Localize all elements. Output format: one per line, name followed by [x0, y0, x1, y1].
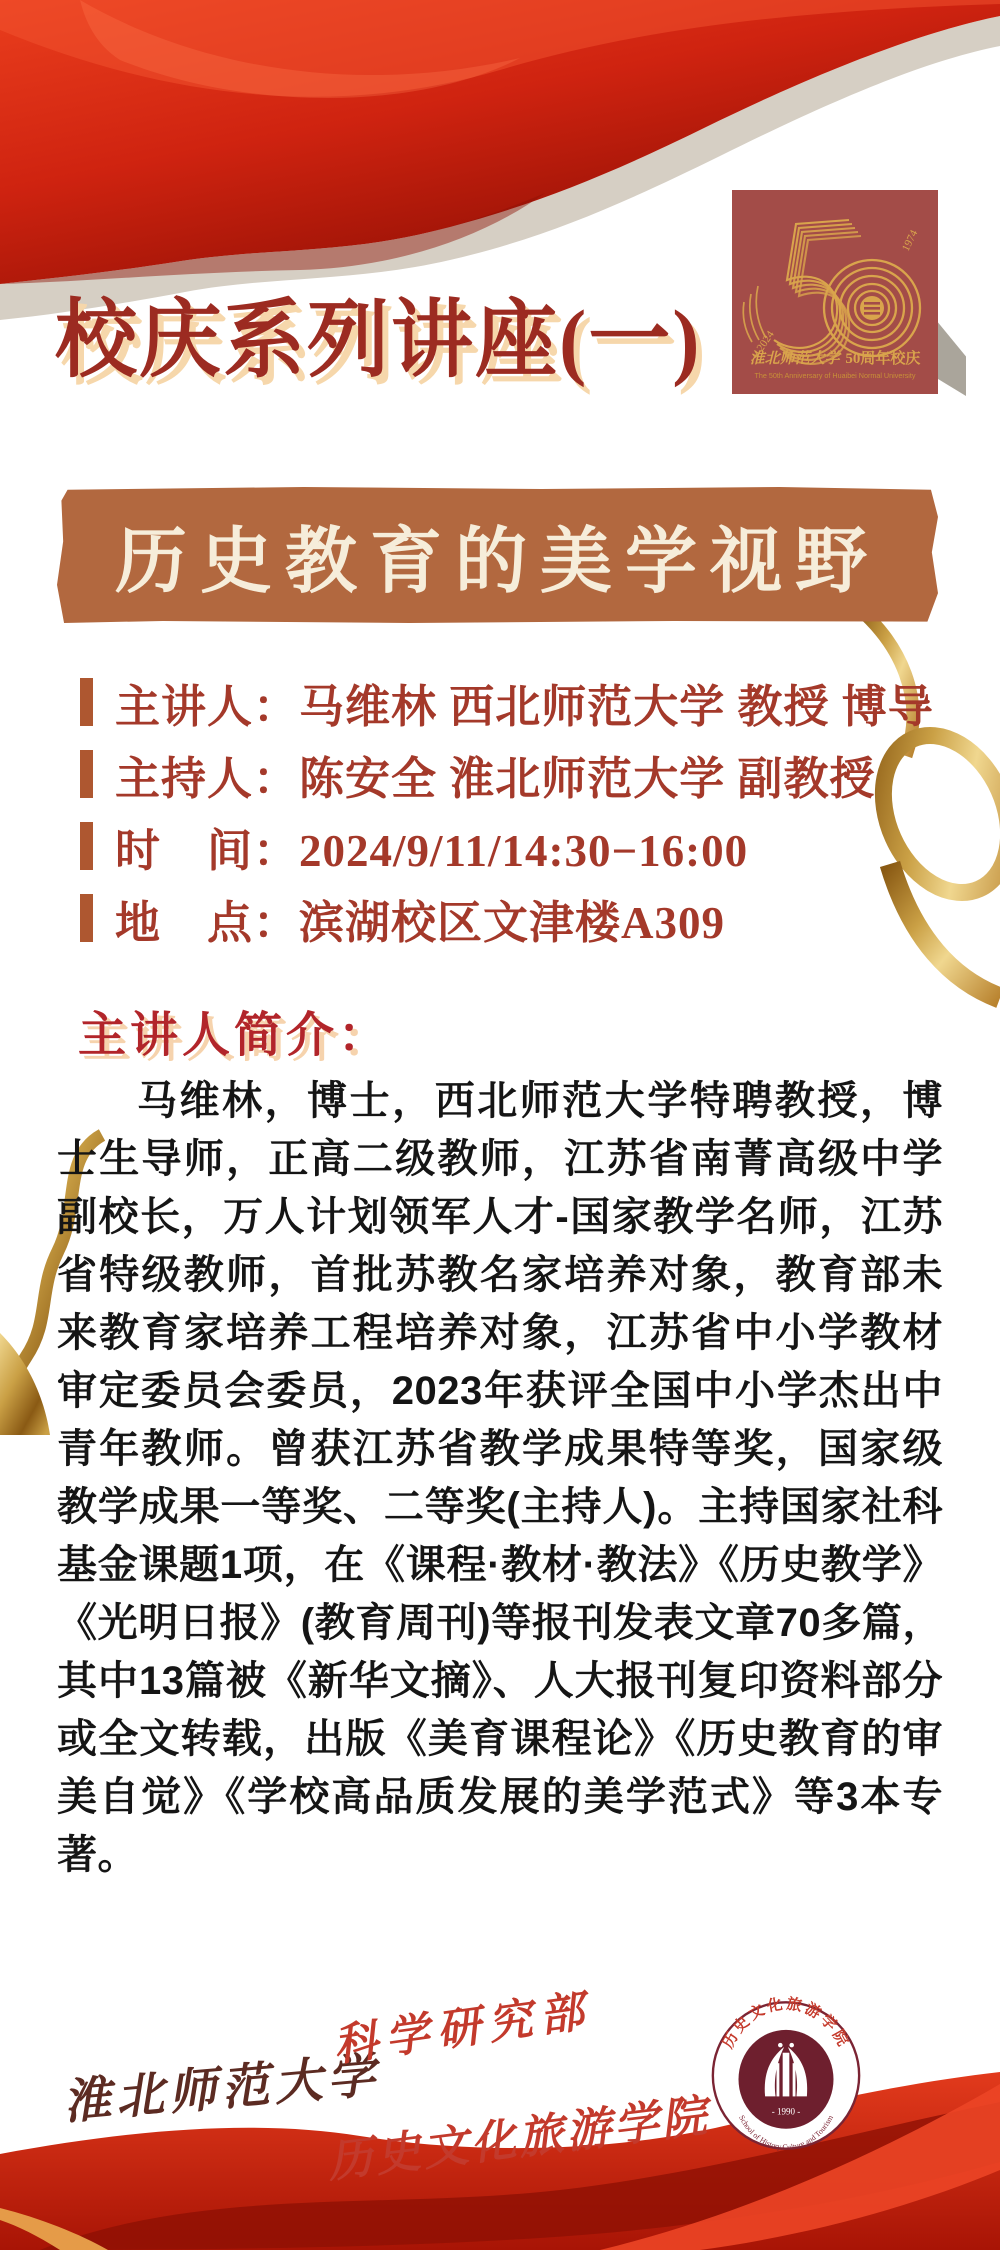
info-label-value: 地 点：滨湖校区文津楼A309	[115, 886, 725, 951]
anniversary-50-logo-art: 1974 2024 淮北师范大学 50周年校庆 The 50th Anniver…	[732, 190, 938, 394]
info-row-host: 主持人：陈安全 淮北师范大学 副教授	[80, 738, 934, 810]
info-row-speaker: 主讲人：马维林 西北师范大学 教授 博导	[80, 666, 934, 738]
footer-department-history: 历史文化旅游学院	[323, 2079, 712, 2190]
info-label: 时 间：	[115, 826, 299, 876]
info-row-location: 地 点：滨湖校区文津楼A309	[80, 882, 934, 954]
info-label-value: 主讲人：马维林 西北师范大学 教授 博导	[115, 670, 934, 735]
anniversary-50-logo: 1974 2024 淮北师范大学 50周年校庆 The 50th Anniver…	[732, 190, 938, 394]
red-bar-icon	[80, 822, 93, 870]
school-seal: 历史文化旅游学院 - 1990 - School of History,Cult…	[710, 1988, 862, 2164]
logo-title-en: The 50th Anniversary of Huaibei Normal U…	[755, 371, 916, 380]
info-label: 主讲人：	[115, 682, 299, 732]
info-value: 马维林 西北师范大学 教授 博导	[299, 682, 934, 732]
info-label-value: 时 间：2024/9/11/14:30−16:00	[115, 814, 748, 879]
seal-year-text: - 1990 -	[772, 2106, 801, 2116]
red-bar-icon	[80, 894, 93, 942]
lecture-title: 历史教育的美学视野	[115, 503, 880, 607]
info-value: 2024/9/11/14:30−16:00	[299, 826, 748, 876]
series-title: 校庆系列讲座(一)	[55, 294, 702, 388]
red-bar-icon	[80, 750, 93, 798]
profile-heading: 主讲人简介：	[78, 996, 390, 1065]
lecture-poster: 1974 2024 淮北师范大学 50周年校庆 The 50th Anniver…	[0, 0, 1000, 2250]
logo-university-cn: 淮北师范大学	[750, 350, 843, 367]
profile-body: 马维林，博士，西北师范大学特聘教授，博士生导师，正高二级教师，江苏省南菁高级中学…	[57, 1072, 943, 1884]
info-label: 主持人：	[115, 754, 299, 804]
info-label: 地 点：	[115, 898, 299, 948]
info-value: 陈安全 淮北师范大学 副教授	[299, 754, 876, 804]
logo-label-cn: 50周年校庆	[845, 349, 920, 367]
info-label-value: 主持人：陈安全 淮北师范大学 副教授	[115, 742, 876, 807]
logo-shadow	[936, 320, 966, 396]
info-value: 滨湖校区文津楼A309	[299, 898, 725, 948]
logo-inner-seal-bars	[864, 302, 880, 315]
red-bar-icon	[80, 678, 93, 726]
info-row-time: 时 间：2024/9/11/14:30−16:00	[80, 810, 934, 882]
info-list: 主讲人：马维林 西北师范大学 教授 博导 主持人：陈安全 淮北师范大学 副教授 …	[80, 666, 934, 954]
footer-department-research: 科学研究部	[329, 1974, 595, 2074]
lecture-title-banner: 历史教育的美学视野	[57, 487, 938, 623]
logo-title-cn: 淮北师范大学 50周年校庆	[750, 349, 921, 367]
